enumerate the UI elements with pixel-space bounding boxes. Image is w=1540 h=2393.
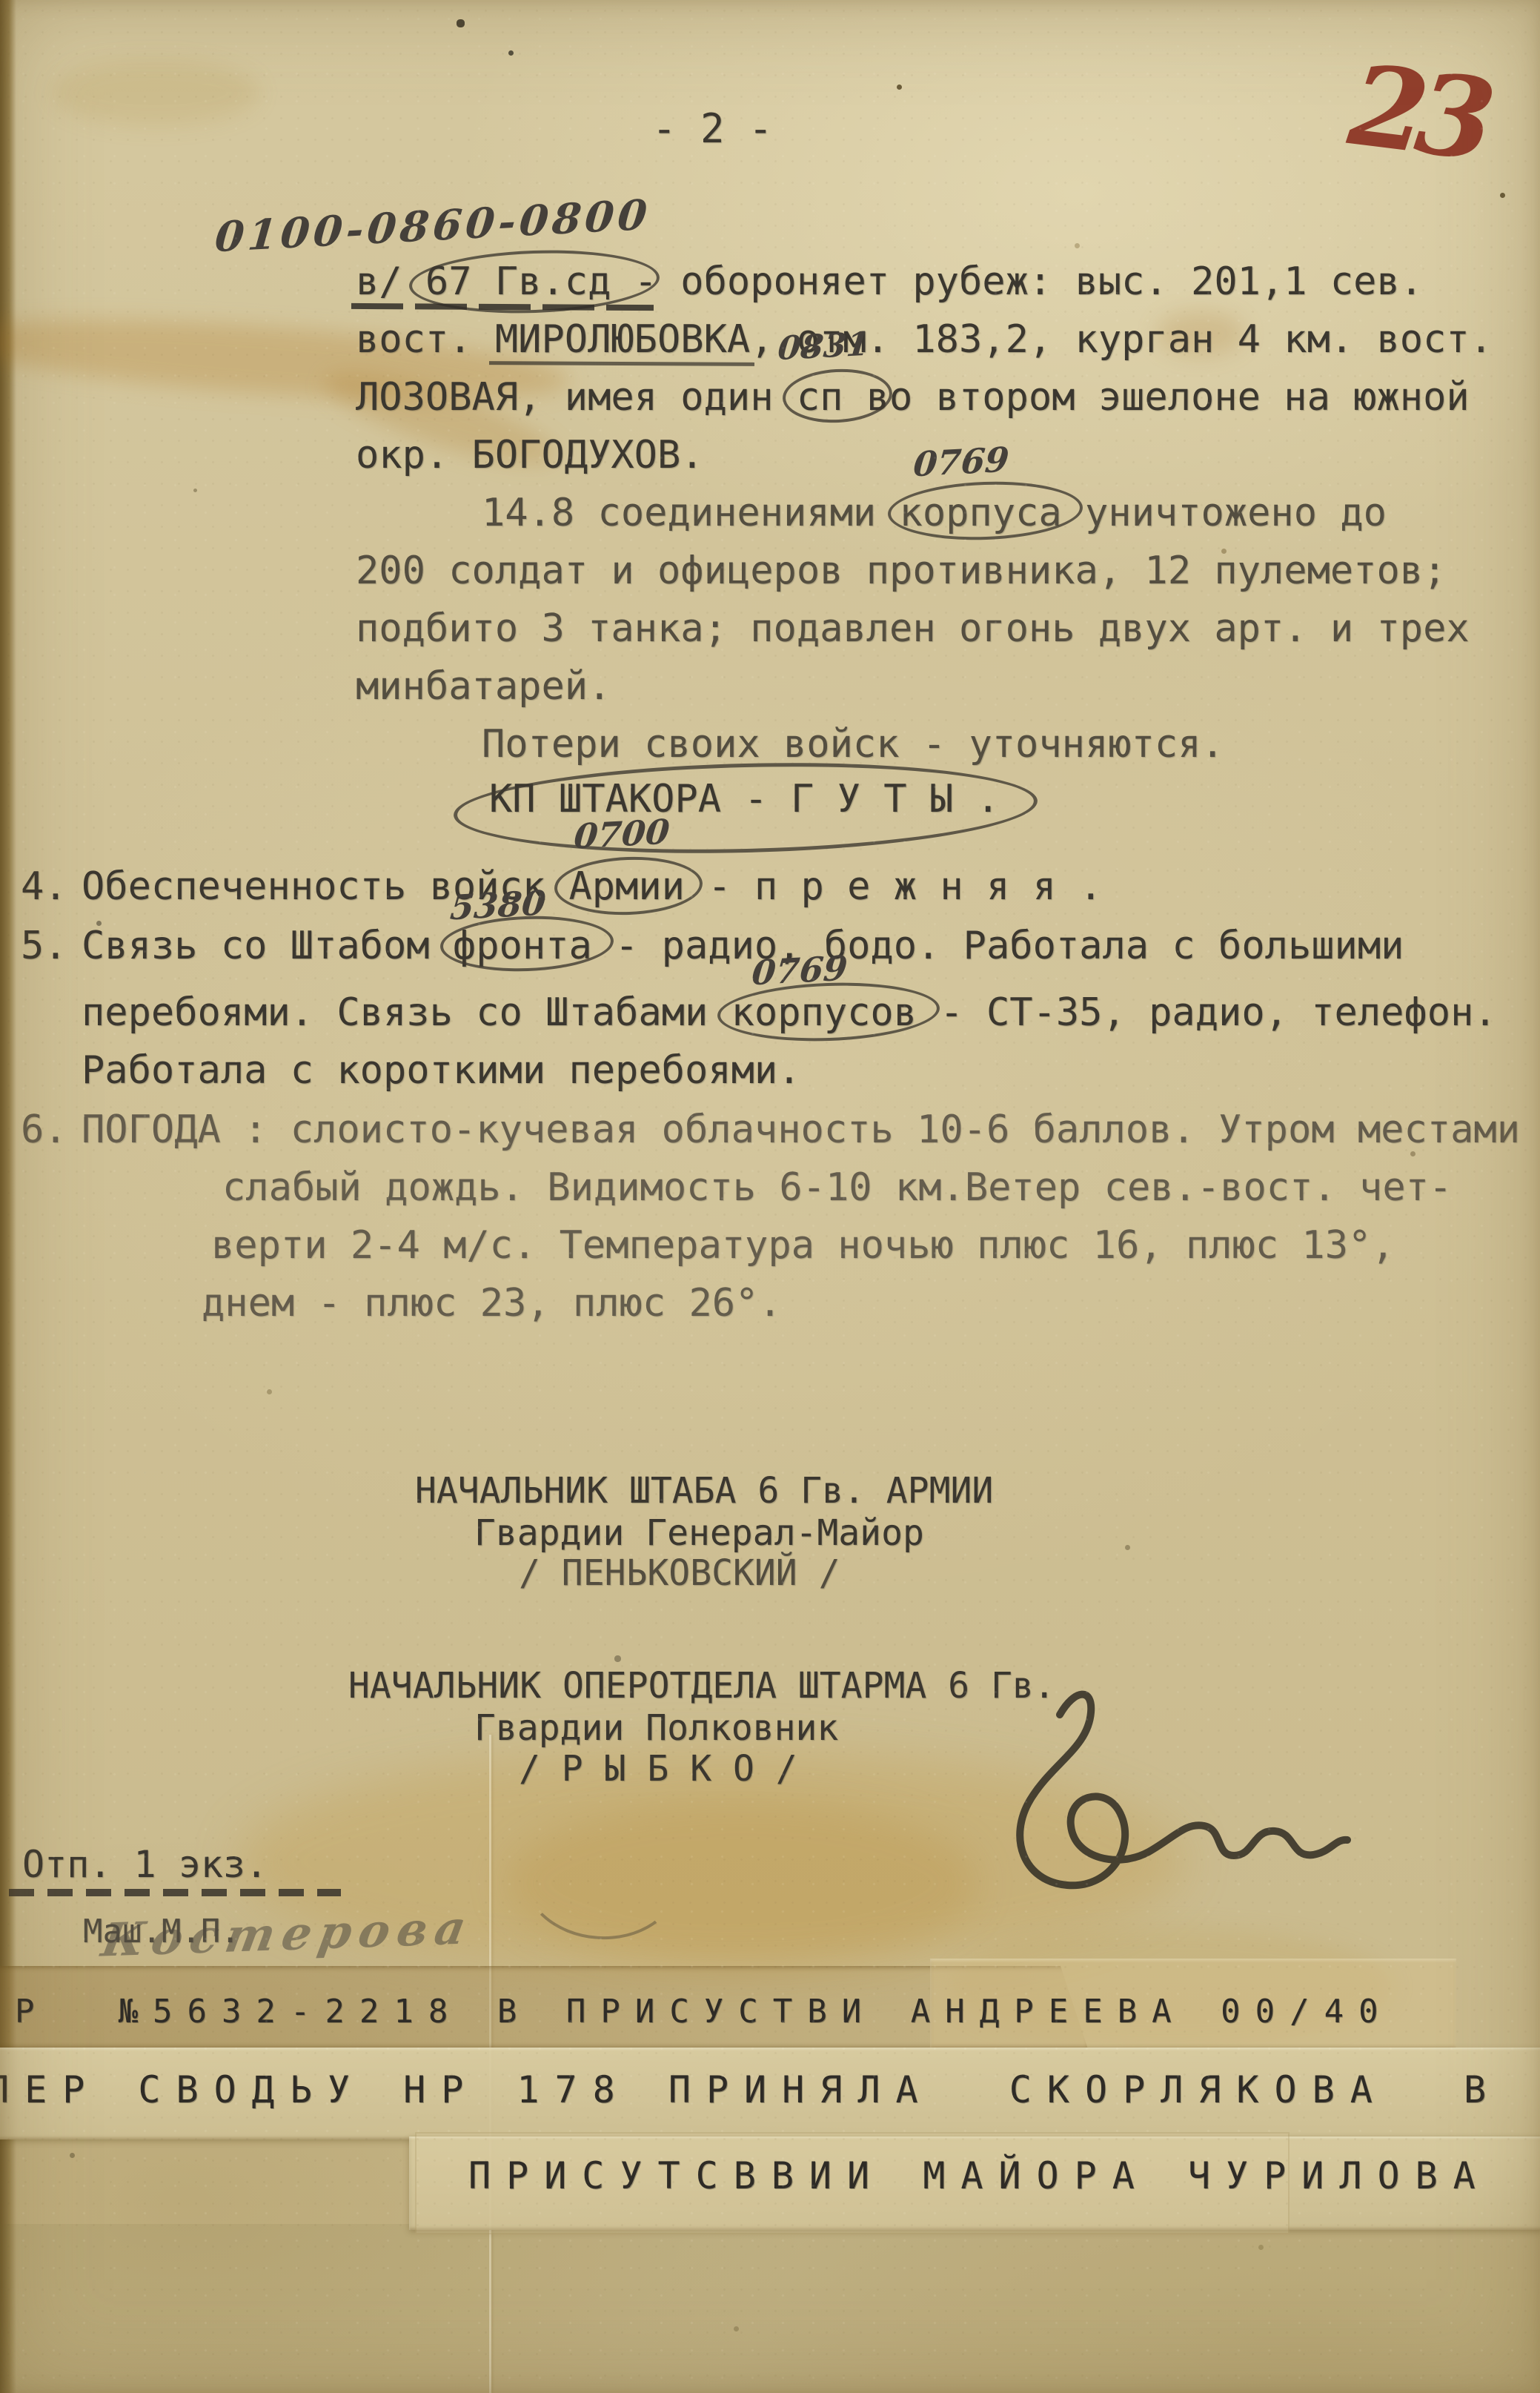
typed-underline-division bbox=[351, 303, 654, 311]
scanned-military-document: { "page": { "number": "- 2 -", "folio": … bbox=[0, 0, 1540, 2393]
stain-top-left bbox=[52, 59, 259, 126]
paper-specks bbox=[0, 0, 2, 2]
stain-bottom-band bbox=[0, 2224, 1540, 2393]
item6-line-2: слабый дождь. Видимость 6-10 км.Ветер се… bbox=[222, 1167, 1452, 1209]
teletype-line-3: ПРИСУТСВВИИ МАЙОРА ЧУРИЛОВА bbox=[468, 2154, 1491, 2197]
teletype-line-1: Р №5632-2218 В ПРИСУСТВИ АНДРЕЕВА 00/40 bbox=[15, 1993, 1393, 2030]
typed-line-losses: Потери своих войск - уточняются. bbox=[482, 724, 1224, 766]
item5-line-3: Работала с короткими перебоями. bbox=[82, 1050, 801, 1092]
typed-line-6: 200 солдат и офицеров противника, 12 пул… bbox=[356, 550, 1446, 592]
sig1-title: НАЧАЛЬНИК ШТАБА 6 Гв. АРМИИ bbox=[415, 1472, 993, 1511]
typed-line-7: подбито 3 танка; подавлен огонь двух арт… bbox=[356, 608, 1470, 650]
handwritten-0831: 0831 bbox=[776, 325, 871, 368]
page-number: - 2 - bbox=[652, 107, 773, 150]
pencil-circle-kp bbox=[453, 756, 1039, 859]
item6-number: 6. bbox=[21, 1109, 67, 1151]
sig1-name: / ПЕНЬКОВСКИЙ / bbox=[519, 1554, 840, 1593]
document-page: - 2 - 23 0100-0860-0800 в/ 67 Гв.сд - об… bbox=[0, 0, 1540, 2393]
item6-line-3: верти 2-4 м/с. Температура ночью плюс 16… bbox=[211, 1225, 1395, 1267]
typed-line-8: минбатарей. bbox=[356, 666, 611, 708]
sig2-rank: Гвардии Полковник bbox=[474, 1709, 838, 1748]
item6-line-1: ПОГОДА : слоисто-кучевая облачность 10-6… bbox=[82, 1109, 1520, 1151]
sig2-name: / Р Ы Б К О / bbox=[519, 1750, 797, 1789]
sig1-rank: Гвардии Генерал-Майор bbox=[474, 1514, 924, 1553]
typed-line-4: окр. БОГОДУХОВ. bbox=[356, 434, 704, 477]
item4-number: 4. bbox=[21, 866, 67, 908]
pencil-scrawl-name: Костерова bbox=[98, 1900, 477, 1967]
typed-line-3: ЛОЗОВАЯ, имея один сп во втором эшелоне … bbox=[356, 377, 1470, 419]
item5-number: 5. bbox=[21, 925, 67, 967]
ink-signature-rybko bbox=[800, 1674, 1378, 1919]
copies-dashed-underline bbox=[9, 1889, 341, 1896]
teletype-line-2: ПЕР СВОДЬУ НР 178 ПРИНЯЛА СКОРЛЯКОВА В bbox=[0, 2068, 1501, 2111]
typed-line-2: вост. МИРОЛЮБОВКА, отм. 183,2, курган 4 … bbox=[356, 319, 1493, 361]
handwritten-0769-corps: 0769 bbox=[912, 440, 1011, 485]
typed-line-5: 14.8 соединениями корпуса уничтожено до bbox=[482, 492, 1387, 534]
item6-line-4: днем - плюс 23, плюс 26°. bbox=[202, 1282, 782, 1325]
item5-line-1: Связь со Штабом фронта - радио, бодо. Ра… bbox=[82, 925, 1404, 967]
folio-number-handwritten: 23 bbox=[1343, 40, 1492, 186]
handwritten-0700: 0700 bbox=[572, 812, 671, 857]
copies-note: Отп. 1 экз. bbox=[22, 1844, 268, 1885]
